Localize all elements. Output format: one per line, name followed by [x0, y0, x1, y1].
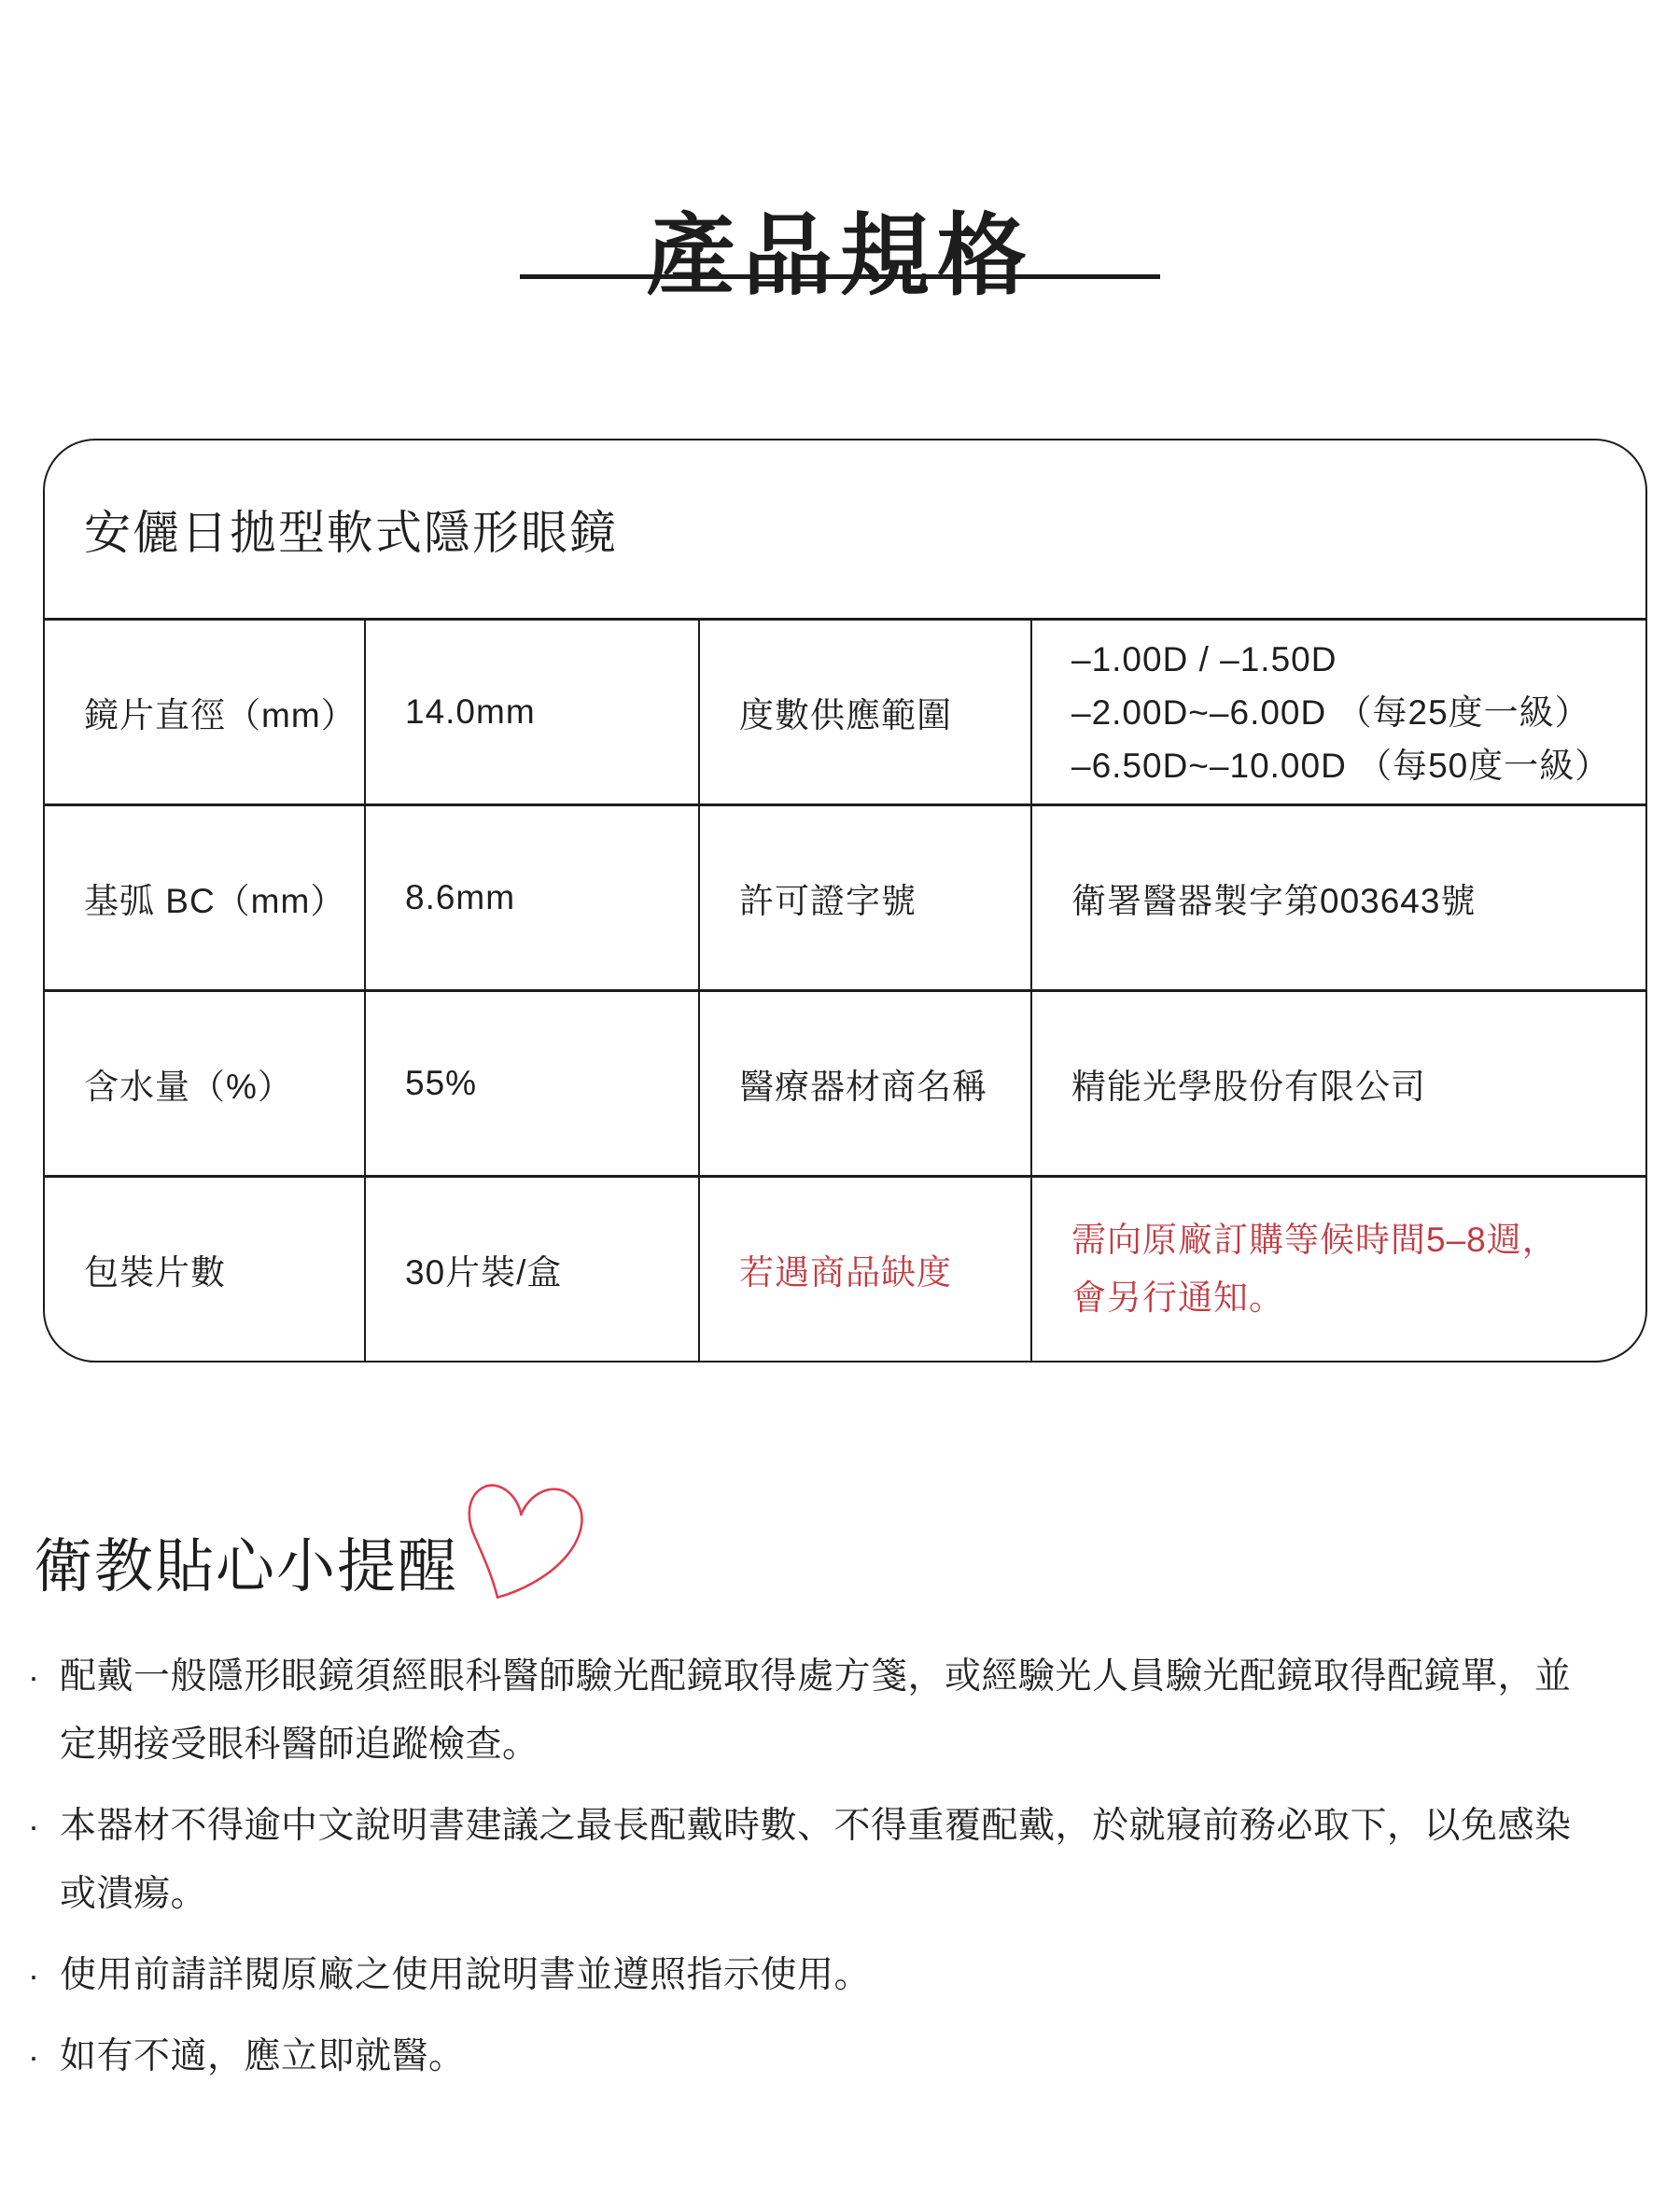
row2-value: 8.6mm [405, 878, 515, 917]
table-row-value2: 需向原廠訂購等候時間5–8週， 會另行通知。 [1032, 1175, 1645, 1361]
spec-table: 安儷日拋型軟式隱形眼鏡 鏡片直徑（mm） 14.0mm 度數供應範圍 –1.00… [43, 439, 1647, 1363]
bullet-text: 本器材不得逾中文說明書建議之最長配戴時數、不得重覆配戴，於就寢前務必取下，以免感… [60, 1792, 1590, 1928]
row1-value: 14.0mm [405, 692, 536, 732]
row2-label2: 許可證字號 [739, 873, 917, 923]
row4-value: 30片裝/盒 [405, 1244, 562, 1294]
table-row-value: 55% [366, 989, 700, 1175]
table-row-label2: 度數供應範圍 [700, 618, 1032, 804]
bullet-text: 配戴一般隱形眼鏡須經眼科醫師驗光配鏡取得處方箋，或經驗光人員驗光配鏡取得配鏡單，… [60, 1642, 1590, 1779]
table-row-label2: 醫療器材商名稱 [700, 989, 1032, 1175]
table-row-value: 14.0mm [366, 618, 700, 804]
shortage-note-line-2: 會另行通知。 [1071, 1269, 1284, 1327]
shortage-label: 若遇商品缺度 [739, 1244, 952, 1294]
table-row-value: 8.6mm [366, 804, 700, 989]
title-underline [520, 274, 1160, 279]
table-row-value2: 衛署醫器製字第003643號 [1032, 804, 1645, 989]
list-item: · 配戴一般隱形眼鏡須經眼科醫師驗光配鏡取得處方箋，或經驗光人員驗光配鏡取得配鏡… [28, 1642, 1615, 1779]
spec-table-grid: 安儷日拋型軟式隱形眼鏡 鏡片直徑（mm） 14.0mm 度數供應範圍 –1.00… [45, 440, 1645, 1361]
bullet-dot: · [28, 1642, 60, 1711]
list-item: · 使用前請詳閱原廠之使用說明書並遵照指示使用。 [28, 1941, 1615, 2009]
table-row-label: 含水量（%） [45, 989, 366, 1175]
row1-label2: 度數供應範圍 [739, 687, 952, 737]
power-range-line-3: –6.50D~–10.00D （每50度一級） [1071, 739, 1610, 792]
table-row-label: 鏡片直徑（mm） [45, 618, 366, 804]
table-row-label: 基弧 BC（mm） [45, 804, 366, 989]
bullet-dot: · [28, 1941, 60, 2009]
table-row-label2: 若遇商品缺度 [700, 1175, 1032, 1361]
product-name: 安儷日拋型軟式隱形眼鏡 [84, 496, 618, 563]
row3-label2: 醫療器材商名稱 [739, 1058, 987, 1109]
bullet-dot: · [28, 2022, 60, 2090]
list-item: · 如有不適，應立即就醫。 [28, 2022, 1615, 2090]
row1-label: 鏡片直徑（mm） [84, 687, 355, 737]
table-row-label2: 許可證字號 [700, 804, 1032, 989]
table-row-value2: 精能光學股份有限公司 [1032, 989, 1645, 1175]
row3-value: 55% [405, 1064, 477, 1103]
health-bullet-list: · 配戴一般隱形眼鏡須經眼科醫師驗光配鏡取得處方箋，或經驗光人員驗光配鏡取得配鏡… [28, 1642, 1615, 2103]
power-range-line-1: –1.00D / –1.50D [1071, 633, 1337, 686]
license-number: 衛署醫器製字第003643號 [1071, 873, 1476, 923]
row2-label: 基弧 BC（mm） [84, 873, 345, 923]
manufacturer-name: 精能光學股份有限公司 [1071, 1058, 1426, 1109]
bullet-text: 使用前請詳閱原廠之使用說明書並遵照指示使用。 [60, 1941, 1590, 2009]
power-range-line-2: –2.00D~–6.00D （每25度一級） [1071, 686, 1590, 739]
row4-label: 包裝片數 [84, 1244, 226, 1294]
table-row-value2: –1.00D / –1.50D –2.00D~–6.00D （每25度一級） –… [1032, 618, 1645, 804]
table-row-label: 包裝片數 [45, 1175, 366, 1361]
product-name-cell: 安儷日拋型軟式隱形眼鏡 [45, 440, 1645, 618]
page-title: 產品規格 [0, 185, 1680, 313]
health-section-heading: 衛教貼心小提醒 [34, 1519, 458, 1604]
row3-label: 含水量（%） [84, 1058, 293, 1109]
bullet-text: 如有不適，應立即就醫。 [60, 2022, 1590, 2090]
list-item: · 本器材不得逾中文說明書建議之最長配戴時數、不得重覆配戴，於就寢前務必取下，以… [28, 1792, 1615, 1928]
table-row-value: 30片裝/盒 [366, 1175, 700, 1361]
bullet-dot: · [28, 1792, 60, 1860]
product-spec-page: 產品規格 安儷日拋型軟式隱形眼鏡 鏡片直徑（mm） 14.0mm 度數供應範圍 … [0, 0, 1680, 2194]
shortage-note-line-1: 需向原廠訂購等候時間5–8週， [1071, 1211, 1558, 1269]
heart-icon [445, 1471, 599, 1623]
